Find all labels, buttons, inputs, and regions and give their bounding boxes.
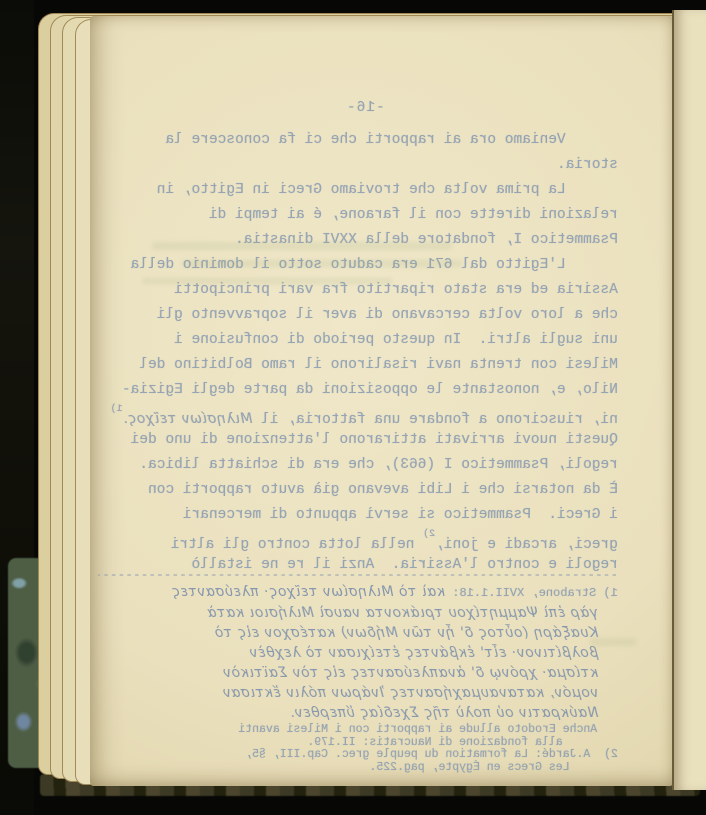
footnote-marker-1: 1) (111, 404, 123, 415)
handwritten-greek-line: βολβίτινον· εἶτ' ἐκβάντες ἐτείχισαν τὸ λ… (97, 643, 618, 663)
typed-line: Milesi con trenta navi risalirono il ram… (106, 353, 618, 378)
typed-line: che a loro volta cercavano di aver il so… (106, 303, 618, 328)
typed-line: relazioni dirette con il faraone, é ai t… (106, 203, 618, 228)
typed-fragment: ni, riuscirono a fondare una fattoria, i… (253, 412, 618, 428)
footnote-1-first-line: 1) Strabone, XVII.1.18: καὶ τὸ Μιλησίων … (98, 582, 618, 603)
typed-fragment: nella lotta contro gli altri (171, 537, 423, 553)
handwritten-greek-line: Ναύκρατιν οὐ πολὺ τῆς Σχεδίας ὕπερθεν. (97, 703, 618, 723)
ghost-bleed-mark (152, 242, 452, 250)
ghost-bleed-mark (182, 260, 462, 267)
typed-footnote-line: 2) A.Jardé: La formation du peuple grec.… (98, 749, 618, 762)
document-page: -16- Veniamo ora ai rapporti che ci fa c… (90, 16, 672, 786)
typed-line: regoli, Psammetico I (663), che era di s… (106, 453, 618, 478)
adjacent-page-edge (672, 10, 706, 790)
footnote-1-marker: 1) (604, 586, 618, 600)
handwritten-greek-line: κτίσμα· χρόνῳ δ' ἀναπλεύσαντες εἰς τὸν Σ… (97, 663, 618, 683)
handwritten-greek-line: νομόν, καταναυμαχήσαντες Ἰνάρων πόλιν ἔκ… (97, 683, 618, 703)
typed-footnote-line: Les Grecs en Égypte, pag.225. (98, 762, 618, 775)
typed-line: uni sugli altri. In questo periodo di co… (106, 328, 618, 353)
footnote-1-addendum: Anche Erodoto allude ai rapporti con i M… (98, 724, 618, 749)
scanned-book-photo: -16- Veniamo ora ai rapporti che ci fa c… (0, 0, 706, 815)
typed-line-with-marker: greci, arcadi e joni,2) nella lotta cont… (106, 528, 618, 553)
footnote-separator: ----------------------------------------… (98, 568, 618, 582)
page-number: -16- (113, 100, 618, 116)
typed-line: i Greci. Psammetico si servì appunto di … (106, 503, 618, 528)
typed-line: È da notarsi che i Libi avevano già avut… (106, 478, 618, 503)
ghost-bleed-mark (142, 278, 392, 284)
handwritten-greek-line: καὶ τὸ Μιλησίων τεῖχος· πλεύσαντες (171, 584, 445, 600)
body-text: Veniamo ora ai rapporti che ci fa conosc… (106, 128, 618, 578)
handwritten-greek-line: Κυαξάρη (οὗτος δ' ἦν τῶν Μήδων) κατέσχον… (97, 623, 618, 643)
footnote-marker-2: 2) (423, 529, 435, 540)
typed-fragment: greci, arcadi e joni, (435, 537, 618, 553)
typed-line: Nilo, e, nonostante le opposizioni da pa… (106, 378, 618, 403)
footnote-2: 2) A.Jardé: La formation du peuple grec.… (98, 749, 618, 774)
footnote-1: 1) Strabone, XVII.1.18: καὶ τὸ Μιλησίων … (98, 582, 618, 723)
typed-line: storia. (106, 153, 618, 178)
typed-footnote-line: Anche Erodoto allude ai rapporti con i M… (98, 724, 618, 737)
ghost-bleed-mark (590, 638, 636, 646)
typed-line: Questi nuovi arrivati attirarono l'atten… (106, 428, 618, 453)
typed-line: Veniamo ora ai rapporti che ci fa conosc… (106, 128, 618, 153)
typed-line-with-greek: ni, riuscirono a fondare una fattoria, i… (106, 403, 618, 428)
mirrored-showthrough-text: -16- Veniamo ora ai rapporti che ci fa c… (90, 16, 672, 786)
typed-line: La prima volta che troviamo Greci in Egi… (106, 178, 618, 203)
handwritten-greek-line: γὰρ ἐπὶ Ψαμμητίχου τριάκοντα ναυσὶ Μιλήσ… (97, 603, 618, 623)
footnote-1-source: Strabone, XVII.1.18: (445, 586, 603, 600)
handwritten-greek-inline: Μιλησίων τεῖχος. (123, 411, 253, 427)
